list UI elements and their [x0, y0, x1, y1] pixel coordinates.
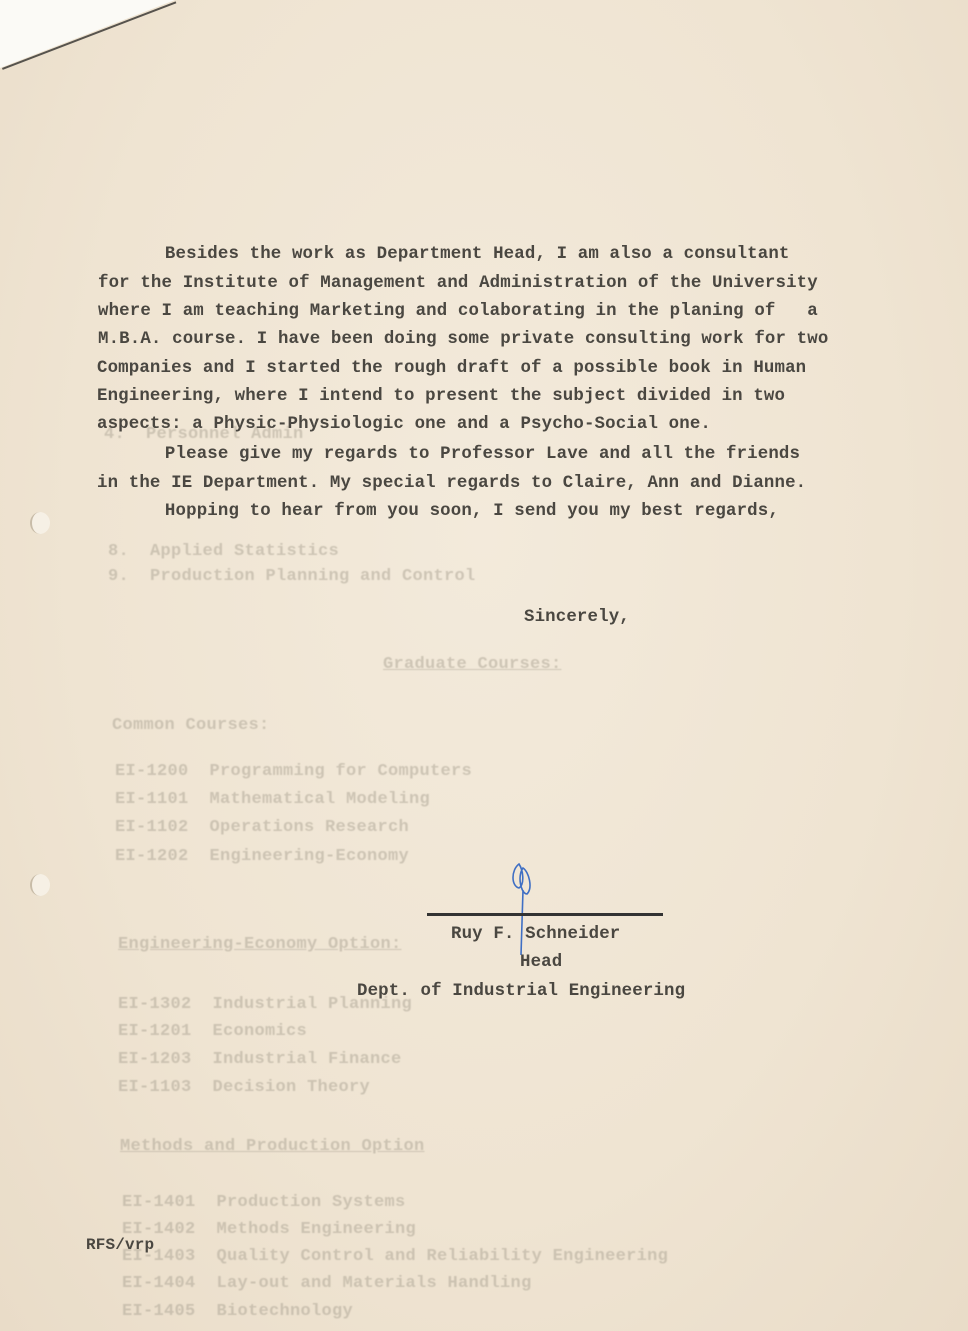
- bleed-through-text: EI-1102 Operations Research: [115, 818, 409, 837]
- signer-title: Head: [520, 953, 562, 972]
- body-line: for the Institute of Management and Admi…: [98, 274, 818, 293]
- punch-hole-top: [30, 512, 50, 534]
- bleed-through-text: EI-1404 Lay-out and Materials Handling: [122, 1274, 532, 1293]
- bleed-through-text: EI-1203 Industrial Finance: [118, 1050, 402, 1069]
- bleed-through-text: EI-1200 Programming for Computers: [115, 762, 472, 781]
- body-line: M.B.A. course. I have been doing some pr…: [98, 330, 828, 349]
- punch-hole-bottom: [30, 874, 50, 896]
- body-line: in the IE Department. My special regards…: [97, 474, 806, 493]
- body-line: Engineering, where I intend to present t…: [97, 387, 785, 406]
- body-line: aspects: a Physic-Physiologic one and a …: [97, 415, 711, 434]
- bleed-through-heading: Graduate Courses:: [383, 655, 562, 674]
- bleed-through-text: 8. Applied Statistics: [108, 542, 339, 561]
- bleed-through-heading: Engineering-Economy Option:: [118, 935, 402, 954]
- bleed-through-text: EI-1201 Economics: [118, 1022, 307, 1041]
- bleed-through-text: EI-1401 Production Systems: [122, 1193, 406, 1212]
- bleed-through-text: EI-1402 Methods Engineering: [122, 1220, 416, 1239]
- bleed-through-text: Common Courses:: [112, 716, 270, 735]
- bleed-through-text: EI-1403 Quality Control and Reliability …: [122, 1247, 668, 1266]
- bleed-through-text: EI-1202 Engineering-Economy: [115, 847, 409, 866]
- bleed-through-text: 9. Production Planning and Control: [108, 567, 476, 586]
- body-line: Besides the work as Department Head, I a…: [112, 245, 790, 264]
- body-line: Companies and I started the rough draft …: [97, 359, 806, 378]
- signer-department: Dept. of Industrial Engineering: [357, 982, 685, 1001]
- body-line: Please give my regards to Professor Lave…: [112, 445, 800, 464]
- bleed-through-text: EI-1405 Biotechnology: [122, 1302, 353, 1321]
- signer-name: Ruy F. Schneider: [451, 925, 620, 944]
- bleed-through-text: EI-1103 Decision Theory: [118, 1078, 370, 1097]
- body-line: Hopping to hear from you soon, I send yo…: [112, 502, 779, 521]
- signature-line: [427, 913, 663, 916]
- reference-initials: RFS/vrp: [86, 1236, 154, 1254]
- bleed-through-heading: Methods and Production Option: [120, 1137, 425, 1156]
- bleed-through-text: EI-1101 Mathematical Modeling: [115, 790, 430, 809]
- closing: Sincerely,: [524, 608, 630, 627]
- body-line: where I am teaching Marketing and colabo…: [98, 302, 818, 321]
